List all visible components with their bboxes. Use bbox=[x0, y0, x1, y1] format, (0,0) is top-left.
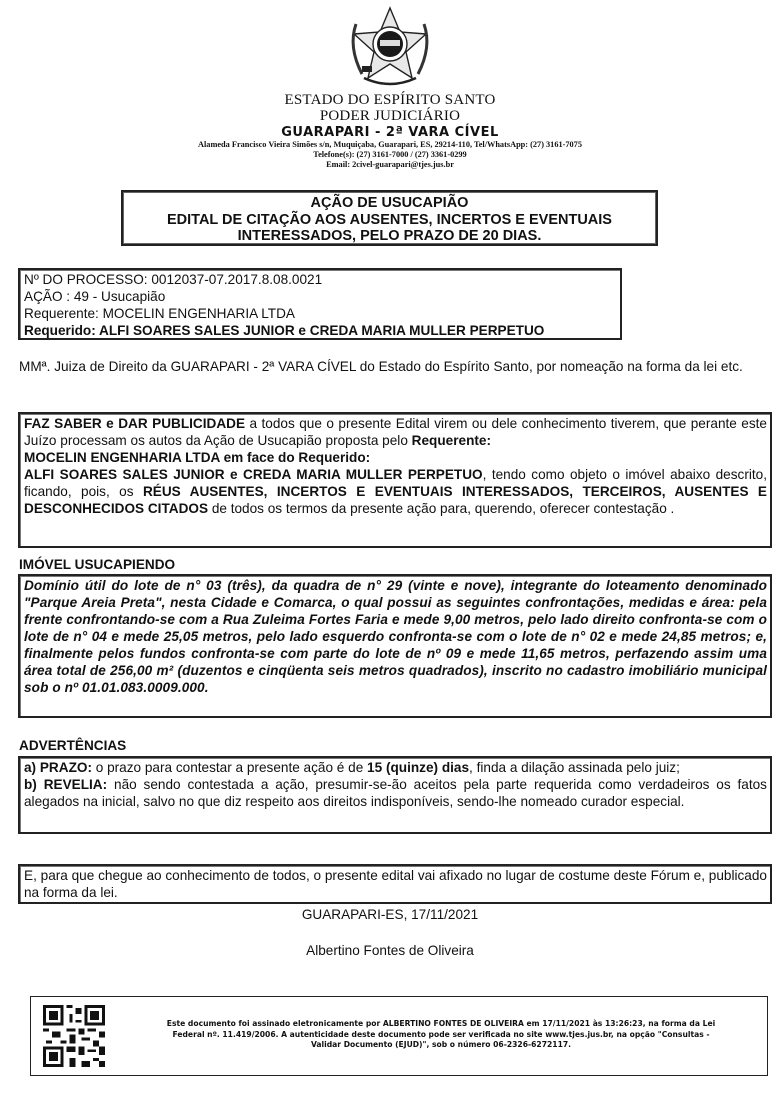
document-page: ESTADO DO ESPÍRITO SANTO PODER JUDICIÁRI… bbox=[0, 0, 780, 1107]
notice-bold-3: MOCELIN ENGENHARIA LTDA em face do Reque… bbox=[24, 450, 370, 465]
signature-line-3: Validar Documento (EJUD)", sob o número … bbox=[121, 1040, 761, 1051]
court-phones: Telefone(s): (27) 3161-7000 / (27) 3361-… bbox=[0, 150, 780, 160]
title-line-3: INTERESSADOS, PELO PRAZO DE 20 DIAS. bbox=[123, 228, 656, 245]
edict-title-box: AÇÃO DE USUCAPIÃO EDITAL DE CITAÇÃO AOS … bbox=[121, 190, 658, 246]
coat-of-arms-icon bbox=[342, 2, 438, 90]
judge-intro: MMª. Juiza de Direito da GUARAPARI - 2ª … bbox=[19, 358, 767, 375]
signature-line-1: Este documento foi assinado eletronicame… bbox=[121, 1019, 761, 1030]
notice-text-3: de todos os termos da presente ação para… bbox=[208, 501, 674, 516]
signer-name: Albertino Fontes de Oliveira bbox=[0, 942, 780, 959]
process-number: Nº DO PROCESSO: 0012037-07.2017.8.08.002… bbox=[24, 271, 617, 288]
warnings-heading: ADVERTÊNCIAS bbox=[19, 738, 126, 753]
court-header: ESTADO DO ESPÍRITO SANTO PODER JUDICIÁRI… bbox=[0, 92, 780, 170]
warning-a: a) PRAZO: o prazo para contestar a prese… bbox=[24, 759, 767, 776]
qr-code-icon[interactable] bbox=[43, 1005, 105, 1067]
notice-bold-2: Requerente: bbox=[412, 433, 491, 448]
signature-line-2: Federal nº. 11.419/2006. A autenticidade… bbox=[121, 1030, 761, 1041]
property-heading: IMÓVEL USUCAPIENDO bbox=[19, 557, 175, 572]
property-box: Domínio útil do lote de n° 03 (três), da… bbox=[18, 574, 772, 718]
warning-a-text-end: , finda a dilação assinada pelo juiz; bbox=[469, 760, 680, 775]
warning-b-text: não sendo contestada a ação, presumir-se… bbox=[24, 777, 767, 809]
place-date: GUARAPARI-ES, 17/11/2021 bbox=[0, 906, 780, 923]
court-address: Alameda Francisco Vieira Simões s/n, Muq… bbox=[0, 140, 780, 150]
court-name: GUARAPARI - 2ª VARA CÍVEL bbox=[0, 125, 780, 140]
notice-box: FAZ SABER e DAR PUBLICIDADE a todos que … bbox=[18, 412, 772, 548]
title-line-1: AÇÃO DE USUCAPIÃO bbox=[123, 195, 656, 212]
title-line-2: EDITAL DE CITAÇÃO AOS AUSENTES, INCERTOS… bbox=[123, 212, 656, 229]
warnings-box: a) PRAZO: o prazo para contestar a prese… bbox=[18, 756, 772, 834]
process-defendant: Requerido: ALFI SOARES SALES JUNIOR e CR… bbox=[24, 322, 617, 339]
property-description: Domínio útil do lote de n° 03 (três), da… bbox=[24, 577, 767, 696]
branch-name: PODER JUDICIÁRIO bbox=[0, 108, 780, 124]
warning-a-label: a) PRAZO: bbox=[24, 760, 92, 775]
process-action: AÇÃO : 49 - Usucapião bbox=[24, 288, 617, 305]
warning-b-label: b) REVELIA: bbox=[24, 777, 107, 792]
warning-a-text: o prazo para contestar a presente ação é… bbox=[92, 760, 367, 775]
notice-bold-4: ALFI SOARES SALES JUNIOR e CREDA MARIA M… bbox=[24, 467, 483, 482]
notice-bold-1: FAZ SABER e DAR PUBLICIDADE bbox=[24, 416, 245, 431]
closing-text: E, para que chegue ao conhecimento de to… bbox=[24, 868, 767, 900]
warning-b: b) REVELIA: não sendo contestada a ação,… bbox=[24, 776, 767, 810]
electronic-signature-box: Este documento foi assinado eletronicame… bbox=[30, 996, 768, 1076]
signature-statement: Este documento foi assinado eletronicame… bbox=[121, 1019, 761, 1051]
closing-box: E, para que chegue ao conhecimento de to… bbox=[18, 864, 772, 904]
process-plaintiff: Requerente: MOCELIN ENGENHARIA LTDA bbox=[24, 305, 617, 322]
process-info-box: Nº DO PROCESSO: 0012037-07.2017.8.08.002… bbox=[18, 268, 622, 340]
warning-a-deadline: 15 (quinze) dias bbox=[367, 760, 469, 775]
state-name: ESTADO DO ESPÍRITO SANTO bbox=[0, 92, 780, 108]
court-email: Email: 2civel-guarapari@tjes.jus.br bbox=[0, 160, 780, 170]
